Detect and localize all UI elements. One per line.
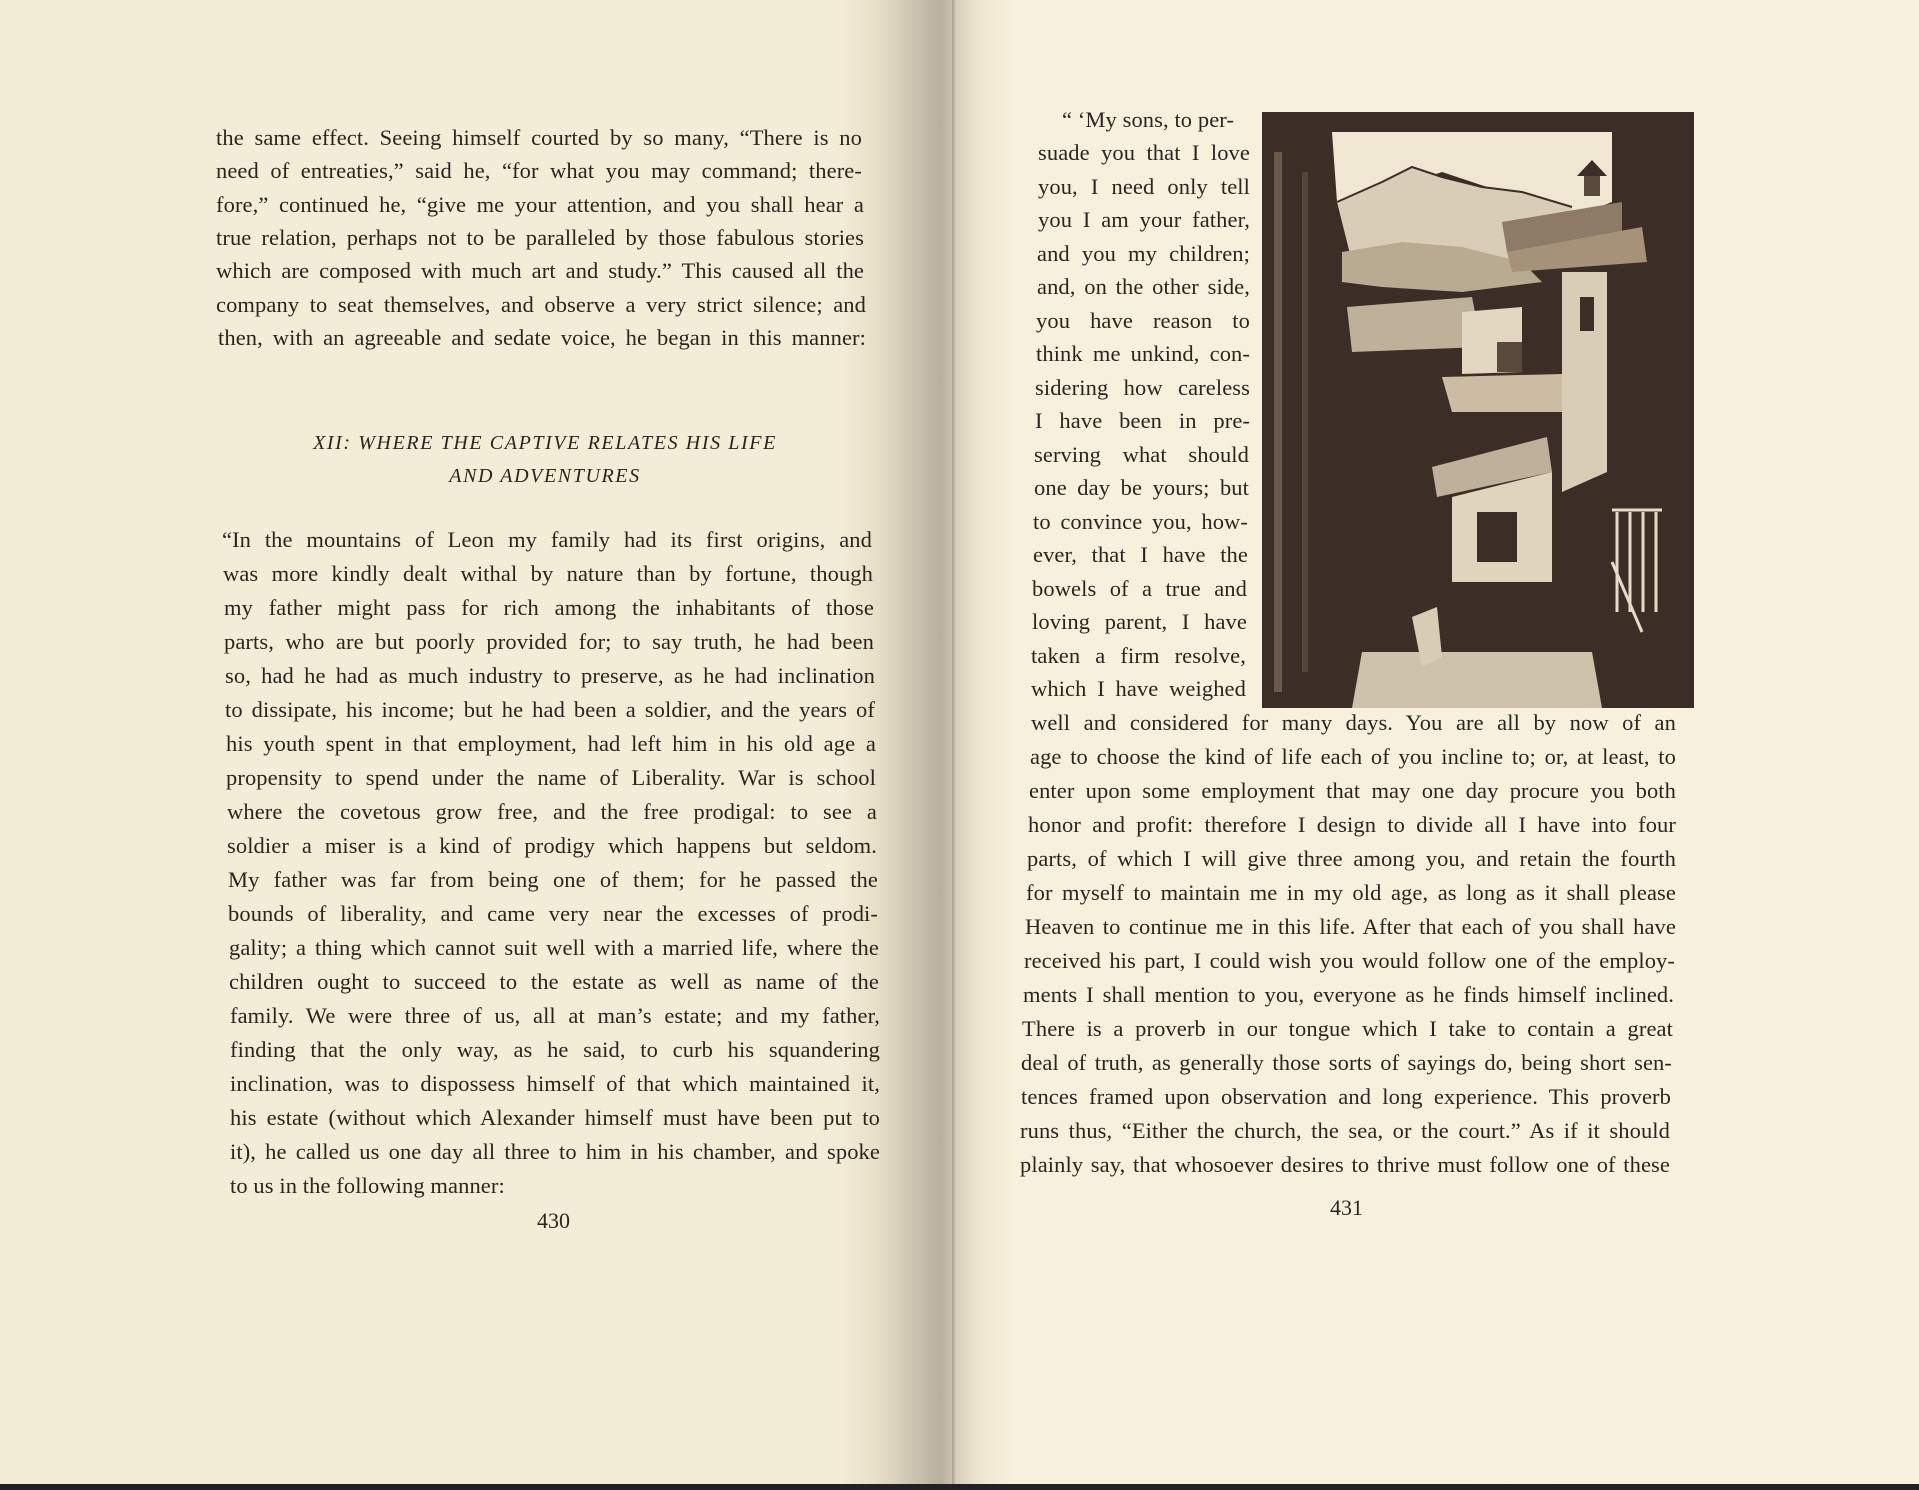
text-line: gality; a thing which cannot suit well w…: [229, 933, 879, 963]
text-line: my father might pass for rich among the …: [224, 593, 874, 623]
text-line: inclination, was to dispossess himself o…: [230, 1069, 880, 1099]
text-line: deal of truth, as generally those sorts …: [1021, 1048, 1672, 1078]
text-line: and you my children;: [1037, 239, 1250, 269]
text-line: to dissipate, his income; but he had bee…: [225, 695, 875, 725]
text-line: true relation, perhaps not to be paralle…: [216, 223, 864, 253]
text-line: “In the mountains of Leon my family had …: [222, 525, 872, 555]
text-line: think me unkind, con-: [1036, 339, 1250, 369]
text-line: runs thus, “Either the church, the sea, …: [1020, 1116, 1670, 1146]
book-cover-edge: [0, 1484, 1919, 1490]
text-line: was more kindly dealt withal by nature t…: [223, 559, 873, 589]
text-line: soldier a miser is a kind of prodigy whi…: [227, 831, 877, 861]
text-line: Heaven to continue me in this life. Afte…: [1025, 912, 1676, 942]
text-line: sidering how careless: [1035, 373, 1250, 403]
text-line: enter upon some employment that may one …: [1029, 776, 1676, 806]
text-line: ever, that I have the: [1033, 540, 1248, 570]
text-line: which I have weighed: [1031, 674, 1246, 704]
text-line: to convince you, how-: [1033, 507, 1248, 537]
text-line: parts, who are but poorly provided for; …: [224, 627, 874, 657]
text-line: you, I need only tell: [1038, 172, 1250, 202]
book-spread: the same effect. Seeing himself courted …: [0, 0, 1919, 1490]
text-line: then, with an agreeable and sedate voice…: [218, 323, 866, 353]
village-street-image-icon: [1262, 112, 1694, 708]
text-line: need of entreaties,” said he, “for what …: [216, 156, 862, 186]
text-line: bounds of liberality, and came very near…: [228, 899, 878, 929]
text-line: received his part, I could wish you woul…: [1024, 946, 1675, 976]
text-line: his estate (without which Alexander hims…: [230, 1103, 880, 1133]
woodcut-illustration: [1262, 112, 1694, 708]
gutter-fold: [952, 0, 956, 1484]
chapter-heading-line-2: AND ADVENTURES: [230, 465, 860, 488]
text-line: fore,” continued he, “give me your atten…: [216, 190, 864, 220]
text-line: taken a firm resolve,: [1031, 641, 1246, 671]
text-line: There is a proverb in our tongue which I…: [1022, 1014, 1673, 1044]
text-line: parts, of which I will give three among …: [1027, 844, 1676, 874]
text-line: suade you that I love: [1038, 138, 1250, 168]
page-number-right: 431: [1330, 1195, 1363, 1221]
text-line: you have reason to: [1036, 306, 1250, 336]
text-line: so, had he had as much industry to prese…: [225, 661, 875, 691]
text-line: to us in the following manner:: [230, 1171, 505, 1201]
text-line: loving parent, I have: [1032, 607, 1247, 637]
text-line: tences framed upon observation and long …: [1021, 1082, 1671, 1112]
text-line: which are composed with much art and stu…: [216, 256, 864, 286]
text-line: serving what should: [1034, 440, 1249, 470]
text-line: his youth spent in that employment, had …: [226, 729, 876, 759]
text-line: plainly say, that whosoever desires to t…: [1020, 1150, 1670, 1180]
text-line: the same effect. Seeing himself courted …: [216, 123, 862, 153]
text-line: it), he called us one day all three to h…: [230, 1137, 880, 1167]
text-line: family. We were three of us, all at man’…: [230, 1001, 880, 1031]
text-line: you I am your father,: [1038, 205, 1250, 235]
text-line: bowels of a true and: [1032, 574, 1247, 604]
text-line: children ought to succeed to the estate …: [229, 967, 879, 997]
page-number-left: 430: [537, 1208, 570, 1234]
text-line: “ ‘My sons, to per-: [1062, 105, 1234, 135]
text-line: ments I shall mention to you, everyone a…: [1023, 980, 1674, 1010]
text-line: one day be yours; but: [1034, 473, 1249, 503]
text-line: and, on the other side,: [1037, 272, 1250, 302]
text-line: My father was far from being one of them…: [228, 865, 878, 895]
text-line: I have been in pre-: [1035, 406, 1250, 436]
text-line: well and considered for many days. You a…: [1031, 708, 1676, 738]
text-line: propensity to spend under the name of Li…: [226, 763, 876, 793]
text-line: finding that the only way, as he said, t…: [230, 1035, 880, 1065]
text-line: company to seat themselves, and observe …: [216, 290, 866, 320]
text-line: honor and profit: therefore I design to …: [1028, 810, 1676, 840]
text-line: for myself to maintain me in my old age,…: [1026, 878, 1676, 908]
text-line: where the covetous grow free, and the fr…: [227, 797, 877, 827]
text-line: age to choose the kind of life each of y…: [1030, 742, 1676, 772]
chapter-heading-line-1: XII: WHERE THE CAPTIVE RELATES HIS LIFE: [230, 432, 860, 455]
